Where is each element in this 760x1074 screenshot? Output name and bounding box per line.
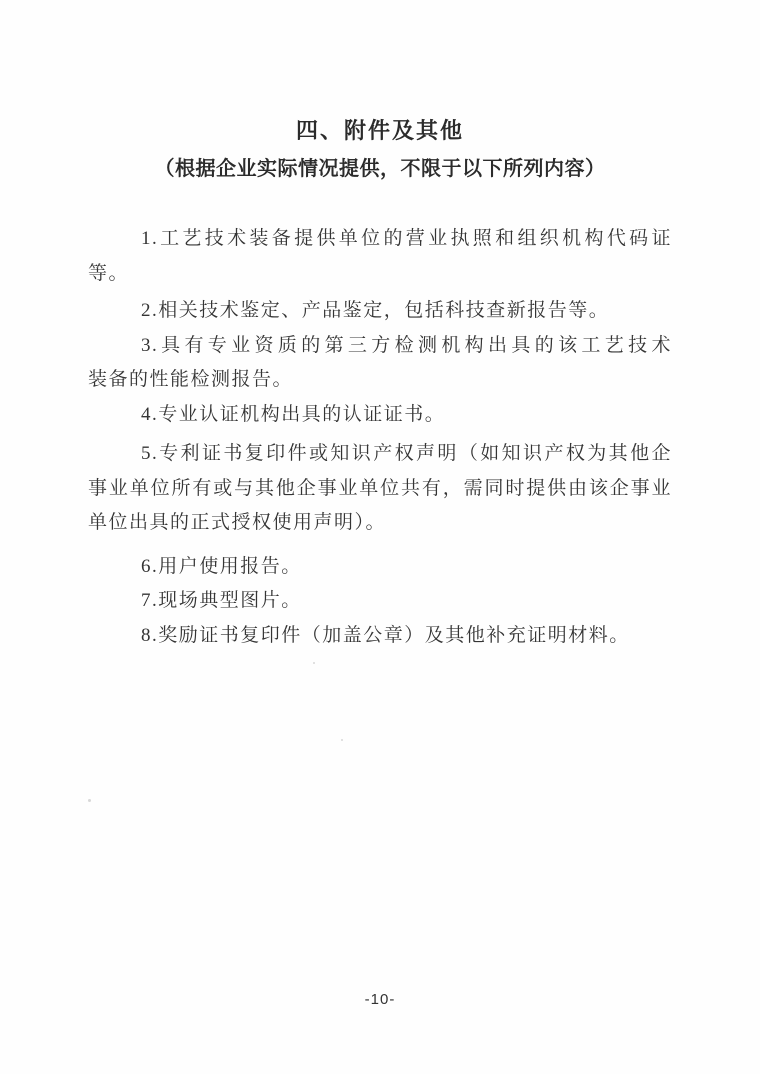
list-item-8: 8.奖励证书复印件（加盖公章）及其他补充证明材料。 — [88, 619, 672, 654]
list-item-1-line-1: 1.工艺技术装备提供单位的营业执照和组织机构代码证 — [88, 222, 672, 257]
list-item-1-line-2: 等。 — [88, 257, 672, 292]
scan-artifact — [88, 799, 91, 802]
list-item-8-line-1: 8.奖励证书复印件（加盖公章）及其他补充证明材料。 — [88, 619, 672, 654]
page-number: -10- — [0, 991, 760, 1008]
list-item-2-line-1: 2.相关技术鉴定、产品鉴定，包括科技查新报告等。 — [88, 294, 672, 329]
list-item-2: 2.相关技术鉴定、产品鉴定，包括科技查新报告等。 — [88, 294, 672, 329]
list-item-6-line-1: 6.用户使用报告。 — [88, 550, 672, 585]
list-item-4-line-1: 4.专业认证机构出具的认证证书。 — [88, 398, 672, 433]
attachment-list: 1.工艺技术装备提供单位的营业执照和组织机构代码证 等。 2.相关技术鉴定、产品… — [88, 222, 672, 653]
list-item-3: 3.具有专业资质的第三方检测机构出具的该工艺技术 装备的性能检测报告。 — [88, 329, 672, 398]
list-item-5-line-2: 事业单位所有或与其他企事业单位共有，需同时提供由该企事业 — [88, 472, 672, 507]
section-heading: 四、附件及其他 — [0, 116, 760, 146]
document-page: 四、附件及其他 （根据企业实际情况提供，不限于以下所列内容） 1.工艺技术装备提… — [0, 0, 760, 1074]
list-item-3-line-2: 装备的性能检测报告。 — [88, 363, 672, 398]
section-subheading: （根据企业实际情况提供，不限于以下所列内容） — [0, 154, 760, 184]
list-item-7: 7.现场典型图片。 — [88, 584, 672, 619]
list-item-7-line-1: 7.现场典型图片。 — [88, 584, 672, 619]
list-item-3-line-1: 3.具有专业资质的第三方检测机构出具的该工艺技术 — [88, 329, 672, 364]
list-item-5-line-3: 单位出具的正式授权使用声明）。 — [88, 506, 672, 541]
list-item-4: 4.专业认证机构出具的认证证书。 — [88, 398, 672, 433]
scan-artifact — [313, 662, 315, 664]
list-item-6: 6.用户使用报告。 — [88, 550, 672, 585]
list-item-5-line-1: 5.专利证书复印件或知识产权声明（如知识产权为其他企 — [88, 437, 672, 472]
scan-artifact — [341, 739, 343, 741]
list-item-5: 5.专利证书复印件或知识产权声明（如知识产权为其他企 事业单位所有或与其他企事业… — [88, 437, 672, 541]
list-item-1: 1.工艺技术装备提供单位的营业执照和组织机构代码证 等。 — [88, 222, 672, 291]
